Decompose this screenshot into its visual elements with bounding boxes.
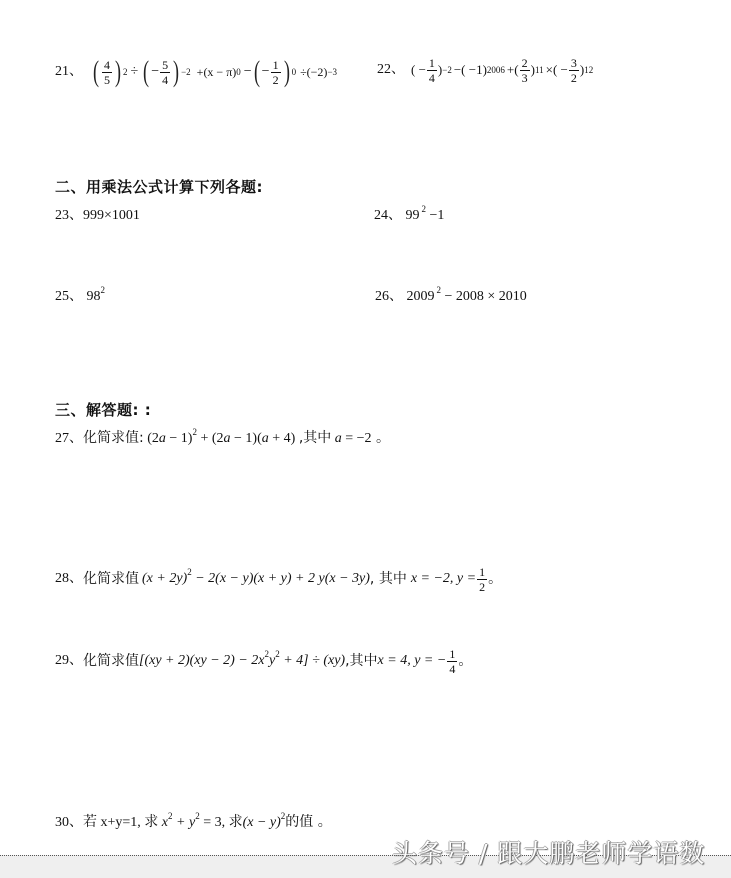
watermark: 头条号 / 跟大鹏老师学语数	[392, 834, 705, 870]
condition-label: ,其中	[299, 430, 331, 446]
math-expression: x2 + y2 = 3,	[162, 815, 229, 830]
problem-label: 化简求值	[83, 570, 139, 588]
math-expression: (2a − 1)2 + (2a − 1)(a + 4)	[147, 431, 299, 446]
problem-label: 化简求值	[83, 652, 139, 670]
math-expression: 992 −1	[406, 208, 445, 223]
section-heading-2: 二、用乘法公式计算下列各题:	[55, 176, 263, 197]
problem-22: 22、 ( −14)−2 −( −1)2006 +(23)11 ×( −32)1…	[377, 53, 593, 87]
problem-number: 21、	[55, 63, 83, 81]
math-expression: ( −14)−2 −( −1)2006 +(23)11 ×( −32)12	[411, 56, 593, 85]
problem-number: 29、	[55, 652, 83, 670]
problem-number: 23、	[55, 208, 83, 223]
condition-label: , 其中	[370, 570, 407, 588]
math-expression: 982	[87, 289, 106, 304]
problem-30: 30、若 x+y=1, 求 x2 + y2 = 3, 求(x − y)2的值 。	[55, 813, 332, 832]
math-expression: (x + 2y)2 − 2(x − y)(x + y) + 2 y(x − 3y…	[142, 570, 370, 588]
problem-number: 28、	[55, 570, 83, 588]
problem-28: 28、化简求值 (x + 2y)2 − 2(x − y)(x + y) + 2 …	[55, 561, 502, 597]
problem-number: 25、	[55, 289, 83, 304]
problem-29: 29、化简求值 [(xy + 2)(xy − 2) − 2x2y2 + 4] ÷…	[55, 643, 472, 679]
condition-label: ,其中	[345, 652, 377, 670]
condition-value: a = −2	[335, 431, 372, 446]
section-heading-3: 三、解答题: :	[55, 399, 151, 420]
problem-26: 26、 20092 − 2008 × 2010	[375, 288, 527, 306]
math-expression: [(xy + 2)(xy − 2) − 2x2y2 + 4] ÷ (xy)	[139, 652, 345, 670]
problem-number: 22、	[377, 61, 405, 79]
problem-25: 25、 982	[55, 288, 105, 306]
problem-label: 化简求值:	[83, 430, 144, 446]
target-expression: (x − y)2	[243, 815, 286, 830]
condition-value: x = −2, y = 12	[411, 565, 488, 594]
problem-27: 27、化简求值: (2a − 1)2 + (2a − 1)(a + 4) ,其中…	[55, 429, 390, 448]
problem-number: 26、	[375, 289, 403, 304]
math-expression: 999×1001	[83, 208, 140, 223]
condition-value: x = 4, y = −14	[378, 647, 459, 676]
problem-23: 23、999×1001	[55, 207, 140, 225]
problem-number: 27、	[55, 431, 83, 446]
math-expression: (45)2 ÷ (−54)−2 +(x − π)0 − (−12)0 ÷(−2)…	[91, 57, 337, 87]
problem-24: 24、 992 −1	[374, 207, 444, 225]
problem-number: 30、	[55, 815, 83, 830]
math-expression: 20092 − 2008 × 2010	[407, 289, 527, 304]
given-condition: x+y=1,	[97, 815, 144, 830]
problem-21: 21、 (45)2 ÷ (−54)−2 +(x − π)0 − (−12)0 ÷…	[55, 55, 337, 89]
problem-number: 24、	[374, 208, 402, 223]
